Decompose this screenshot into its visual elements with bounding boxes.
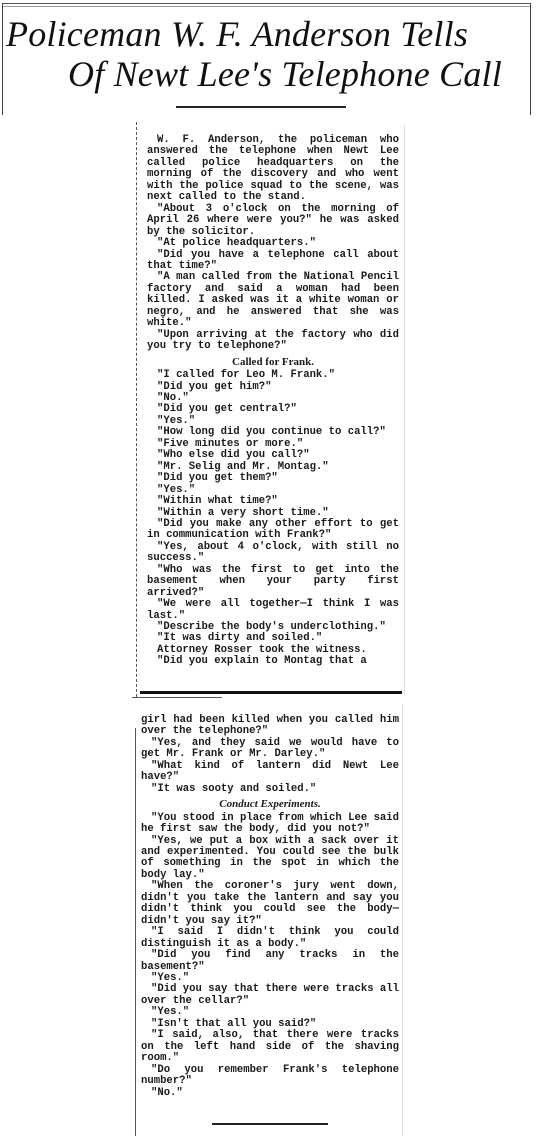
column-1-bottom-rule-thin — [132, 697, 222, 698]
article-paragraph: girl had been killed when you called him… — [141, 715, 399, 738]
column-2-left-rule — [135, 728, 136, 1136]
headline-right-border — [530, 3, 531, 115]
column-1-body: W. F. Anderson, the policeman who answer… — [147, 135, 399, 353]
article-paragraph: "It was sooty and soiled." — [141, 784, 399, 795]
article-column-2: girl had been killed when you called him… — [141, 715, 399, 1099]
article-paragraph: "I said I didn't think you could disting… — [141, 927, 399, 950]
newspaper-clipping: Policeman W. F. Anderson Tells Of Newt L… — [0, 0, 537, 1136]
article-paragraph: "Do you remember Frank's telephone numbe… — [141, 1065, 399, 1088]
column-2-body: girl had been killed when you called him… — [141, 715, 399, 795]
article-paragraph: "What kind of lantern did Newt Lee have?… — [141, 761, 399, 784]
article-column-1: W. F. Anderson, the policeman who answer… — [147, 135, 399, 668]
article-paragraph: "Did you have a telephone call about tha… — [147, 250, 399, 273]
article-paragraph: "Did you get them?" — [147, 473, 399, 484]
column-1-right-rule — [404, 125, 405, 695]
article-paragraph: "You stood in place from which Lee said … — [141, 813, 399, 836]
article-paragraph: "Did you find any tracks in the basement… — [141, 950, 399, 973]
article-paragraph: "Yes, and they said we would have to get… — [141, 738, 399, 761]
article-paragraph: "Yes, about 4 o'clock, with still no suc… — [147, 542, 399, 565]
column-1-bottom-rule — [140, 691, 402, 694]
article-paragraph: "Upon arriving at the factory who did yo… — [147, 330, 399, 353]
article-paragraph: "Did you explain to Montag that a — [147, 656, 399, 667]
article-end-rule — [212, 1123, 328, 1125]
article-paragraph: "We were all together—I think I was last… — [147, 599, 399, 622]
article-paragraph: "Who was the first to get into the basem… — [147, 565, 399, 599]
article-paragraph: "Did you say that there were tracks all … — [141, 984, 399, 1007]
headline-divider — [176, 106, 346, 108]
article-paragraph: "At police headquarters." — [147, 238, 399, 249]
column-1-body-continued: "I called for Leo M. Frank.""Did you get… — [147, 370, 399, 668]
article-paragraph: "Within what time?" — [147, 496, 399, 507]
headline-line-2: Of Newt Lee's Telephone Call — [68, 54, 502, 94]
article-paragraph: "Yes, we put a box with a sack over it a… — [141, 836, 399, 882]
column-2-right-rule — [402, 705, 403, 1136]
top-rule-secondary — [3, 6, 531, 7]
subheading-conduct-experiments: Conduct Experiments. — [141, 799, 399, 810]
article-paragraph: W. F. Anderson, the policeman who answer… — [147, 135, 399, 204]
article-paragraph: "A man called from the National Pencil f… — [147, 272, 399, 329]
article-paragraph: "Did you make any other effort to get in… — [147, 519, 399, 542]
subheading-called-for-frank: Called for Frank. — [147, 357, 399, 368]
article-paragraph: "Who else did you call?" — [147, 450, 399, 461]
column-2-body-continued: "You stood in place from which Lee said … — [141, 813, 399, 1099]
article-paragraph: "I said, also, that there were tracks on… — [141, 1030, 399, 1064]
column-1-left-rule — [136, 122, 137, 697]
article-paragraph: "About 3 o'clock on the morning of April… — [147, 204, 399, 238]
article-paragraph: "No." — [141, 1088, 399, 1099]
headline-line-1: Policeman W. F. Anderson Tells — [6, 14, 468, 54]
article-paragraph: "I called for Leo M. Frank." — [147, 370, 399, 381]
article-paragraph: "When the coroner's jury went down, didn… — [141, 881, 399, 927]
top-rule — [3, 3, 531, 4]
headline-left-border — [2, 3, 3, 115]
